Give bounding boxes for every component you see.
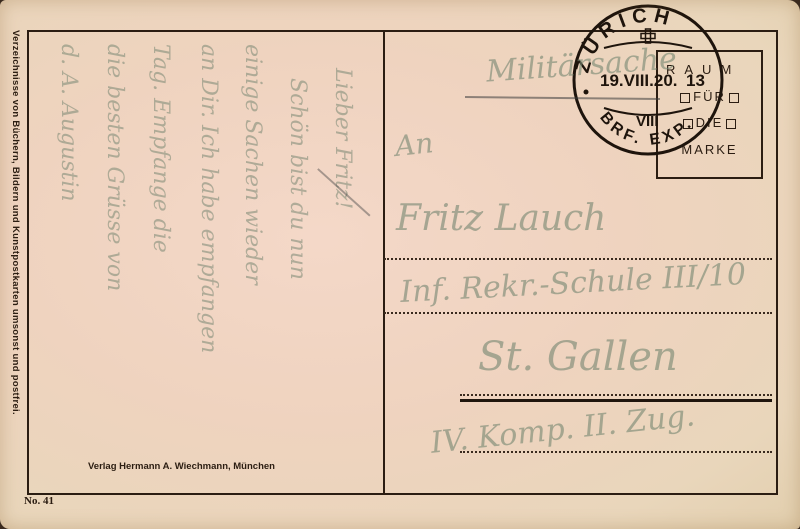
postmark-dot-icon bbox=[584, 90, 589, 95]
message-line: Lieber Fritz! bbox=[330, 68, 355, 209]
postcard-back: Verzeichnisse von Büchern, Bildern und K… bbox=[0, 0, 800, 529]
message-line: Tag. Empfange die bbox=[148, 44, 173, 253]
postmark-sub: VIII bbox=[636, 113, 659, 130]
catalog-notice: Verzeichnisse von Büchern, Bildern und K… bbox=[5, 30, 21, 495]
message-line: einige Sachen wieder bbox=[240, 44, 265, 285]
message-line: an Dir. Ich habe empfangen bbox=[196, 44, 221, 353]
message-line: Schön bist du nun bbox=[285, 78, 310, 280]
card-number: No. 41 bbox=[24, 495, 54, 507]
postmark-time: 13 bbox=[686, 71, 705, 90]
address-line-3 bbox=[460, 394, 772, 396]
address-underline bbox=[460, 399, 772, 402]
handwritten-name: Fritz Lauch bbox=[396, 198, 606, 239]
message-line: die besten Grüsse von bbox=[102, 44, 127, 291]
handwritten-city: St. Gallen bbox=[478, 334, 678, 380]
message-line: d. A. Augustin bbox=[56, 44, 81, 202]
address-line-2 bbox=[384, 312, 772, 314]
publisher-imprint: Verlag Hermann A. Wiechmann, München bbox=[88, 461, 275, 472]
handwritten-salutation: An bbox=[393, 126, 435, 163]
swiss-cross-icon bbox=[641, 29, 655, 43]
center-divider bbox=[383, 31, 385, 494]
